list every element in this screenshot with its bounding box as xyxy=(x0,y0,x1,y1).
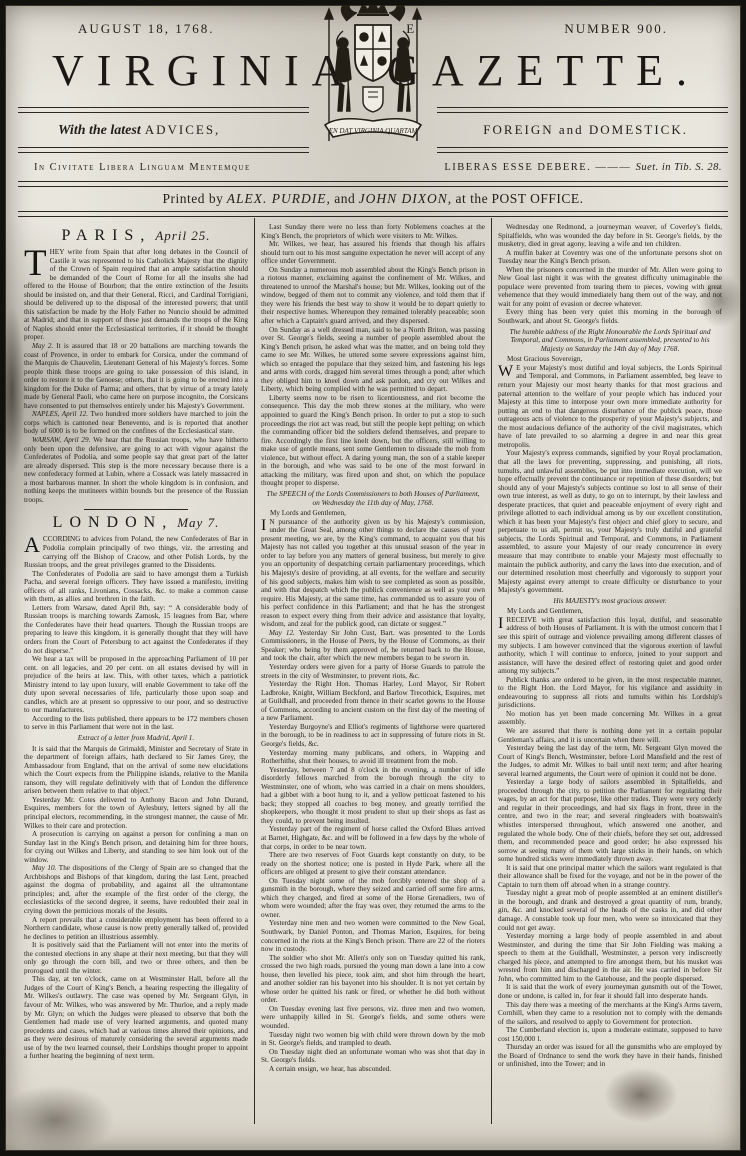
salutation: My Lords and Gentlemen, xyxy=(498,607,722,616)
news-paragraph: Yesterday Mr. Cotes delivered to Anthony… xyxy=(24,796,248,830)
news-paragraph: There are two reserves of Foot Guards ke… xyxy=(261,851,485,877)
paragraph-text: HEY write from Spain that after long deb… xyxy=(24,248,248,341)
news-paragraph-dropcap: IN pursuance of the authority given us b… xyxy=(261,518,485,629)
paragraph-text: RECEIVE with great satisfaction this loy… xyxy=(498,616,722,675)
news-paragraph: A muffin baker at Coventry was one of th… xyxy=(498,249,722,266)
double-rule xyxy=(18,211,728,217)
news-paragraph: Yesterday Burgoyne's and Elliot's regime… xyxy=(261,723,485,749)
news-paragraph: Wednesday one Redmond, a journeyman weav… xyxy=(498,223,722,249)
news-paragraph: Yesterday orders were given for a party … xyxy=(261,663,485,680)
column-3: Wednesday one Redmond, a journeyman weav… xyxy=(491,218,728,1124)
news-paragraph: This day there was a meeting of the merc… xyxy=(498,1001,722,1027)
news-paragraph: Yesterday morning a large body of people… xyxy=(498,932,722,983)
paragraph-text: Yesterday Sir John Cust, Bart. was prese… xyxy=(261,629,485,663)
motto-left: In Civitate Libera Linguam Mentemque xyxy=(34,162,251,173)
news-paragraph: Thursday an order was issued for all the… xyxy=(498,1043,722,1069)
news-paragraph: Tuesday night two women big with child w… xyxy=(261,1031,485,1048)
dateline-date: May 7. xyxy=(177,515,219,530)
news-paragraph: Your Majesty's express commands, signifi… xyxy=(498,449,722,594)
news-paragraph: The Cumberland election is, upon a moder… xyxy=(498,1026,722,1043)
news-paragraph: May 12. Yesterday Sir John Cust, Bart. w… xyxy=(261,629,485,663)
imprint-line: Printed by ALEX. PURDIE, and JOHN DIXON,… xyxy=(18,187,728,211)
news-columns: PARIS, April 25.THEY write from Spain th… xyxy=(18,218,728,1124)
coat-of-arms: EN DAT VIRGINIA QUARTAM xyxy=(307,5,439,183)
news-paragraph: It is said that one principal matter whi… xyxy=(498,864,722,890)
column-1: PARIS, April 25.THEY write from Spain th… xyxy=(18,218,254,1124)
news-paragraph: Tuesday night a great mob of people asse… xyxy=(498,889,722,932)
paragraph-text: N pursuance of the authority given us by… xyxy=(261,518,485,629)
news-paragraph: Yesterday, between 7 and 8 o'clock in th… xyxy=(261,766,485,826)
news-paragraph: Yesterday the Right Hon. Thomas Harley, … xyxy=(261,680,485,723)
column-2: Last Sunday there were no less than fort… xyxy=(254,218,491,1124)
printer-name-purdie: ALEX. PURDIE, xyxy=(227,191,331,206)
imprint-and: and xyxy=(334,191,355,206)
drop-cap: T xyxy=(24,248,50,279)
advices-script: With the latest xyxy=(58,123,141,138)
news-paragraph: Yesterday a large body of sailors assemb… xyxy=(498,778,722,863)
newspaper-page: EN DAT VIRGINIA QUARTAM AUGUST 18, 1768.… xyxy=(5,5,741,1151)
news-paragraph: On Tuesday night some of the mob forcibl… xyxy=(261,877,485,920)
italic-heading: The humble address of the Right Honourab… xyxy=(502,328,718,354)
paragraph-text: The dispositions of the Clergy of Spain … xyxy=(24,864,248,915)
paragraph-lead: NAPLES, April 12. xyxy=(32,410,88,418)
paragraph-text: It is assured that 18 or 20 battalions a… xyxy=(24,342,248,410)
dateline-date: April 25. xyxy=(155,228,210,243)
dateline-place: PARIS, xyxy=(61,227,151,244)
news-paragraph: This day, at ten o'clock, came on at Wes… xyxy=(24,975,248,1060)
news-paragraph: May 10. The dispositions of the Clergy o… xyxy=(24,864,248,915)
news-paragraph: A report prevails that a considerable em… xyxy=(24,916,248,942)
news-paragraph: Publick thanks are ordered to be given, … xyxy=(498,676,722,710)
news-paragraph: WARSAW, April 29. We hear that the Russi… xyxy=(24,436,248,504)
section-dateline: LONDON, May 7. xyxy=(24,514,248,532)
news-paragraph: Yesterday morning many publicans, and ot… xyxy=(261,749,485,766)
news-paragraph: We are assured that there is nothing don… xyxy=(498,727,722,744)
paragraph-text: E your Majesty's most dutiful and loyal … xyxy=(498,364,722,449)
motto-right: LIBERAS ESSE DEBERE. ——— xyxy=(444,162,631,173)
paragraph-lead: May 12. xyxy=(269,629,295,637)
news-paragraph: We hear a tax will be proposed in the ap… xyxy=(24,655,248,715)
motto-citation: Suet. in Tib. S. 28. xyxy=(636,162,722,173)
news-paragraph: It is positively said that the Parliamen… xyxy=(24,941,248,975)
paragraph-text: CCORDING to advices from Poland, the new… xyxy=(24,535,248,569)
imprint-office: POST OFFICE. xyxy=(491,191,583,206)
foreign-domestick: FOREIGN and DOMESTICK. xyxy=(483,122,688,138)
paragraph-lead: May 10. xyxy=(32,864,56,872)
news-paragraph: No motion has yet been made concerning M… xyxy=(498,710,722,727)
news-paragraph: Liberty seems now to be risen to licenti… xyxy=(261,394,485,488)
news-paragraph: Yesterday nine men and two women were co… xyxy=(261,919,485,953)
news-paragraph: On Sunday as a well dressed man, said to… xyxy=(261,326,485,394)
imprint-prefix: Printed by xyxy=(162,191,223,206)
paragraph-text: We hear that the Russian troops, who hav… xyxy=(24,436,248,504)
crest-motto: EN DAT VIRGINIA QUARTAM xyxy=(328,127,419,135)
advices-caps: ADVICES, xyxy=(145,122,221,137)
news-paragraph: When the prisoners concerned in the murd… xyxy=(498,266,722,309)
news-paragraph: On Sunday a numerous mob assembled about… xyxy=(261,266,485,326)
news-paragraph: A certain ensign, we hear, has absconded… xyxy=(261,1065,485,1074)
news-paragraph-dropcap: THEY write from Spain that after long de… xyxy=(24,248,248,342)
news-paragraph: NAPLES, April 12. Two hundred more soldi… xyxy=(24,410,248,436)
news-paragraph: The Confederates of Podolia are said to … xyxy=(24,570,248,604)
italic-heading: Extract of a letter from Madrid, April 1… xyxy=(28,734,244,743)
news-paragraph-dropcap: ACCORDING to advices from Poland, the ne… xyxy=(24,535,248,569)
section-divider-rule xyxy=(84,509,187,510)
imprint-at: at the xyxy=(455,191,488,206)
news-paragraph: Letters from Warsaw, dated April 8th, sa… xyxy=(24,604,248,655)
news-paragraph: According to the lists published, there … xyxy=(24,715,248,732)
news-paragraph: Yesterday part of the regiment of horse … xyxy=(261,825,485,851)
section-dateline: PARIS, April 25. xyxy=(24,227,248,245)
news-paragraph-dropcap: WE your Majesty's most dutiful and loyal… xyxy=(498,364,722,449)
news-paragraph: Yesterday being the last day of the term… xyxy=(498,744,722,778)
issue-number: NUMBER 900. xyxy=(564,21,668,37)
italic-heading: His MAJESTY's most gracious answer. xyxy=(502,597,718,606)
drop-cap: A xyxy=(24,535,43,554)
news-paragraph: It is said that the work of every journe… xyxy=(498,983,722,1000)
issue-date: AUGUST 18, 1768. xyxy=(78,21,215,37)
salutation: Most Gracious Sovereign, xyxy=(498,355,722,364)
news-paragraph: It is said that the Marquis de Grimaldi,… xyxy=(24,745,248,796)
news-paragraph: On Tuesday night died an unfortunate wom… xyxy=(261,1048,485,1065)
salutation: My Lords and Gentlemen, xyxy=(261,509,485,518)
news-paragraph: A prosecution is carrying on against a p… xyxy=(24,830,248,864)
printer-name-dixon: JOHN DIXON, xyxy=(359,191,453,206)
paragraph-lead: WARSAW, April 29. xyxy=(32,436,90,444)
italic-heading: The SPEECH of the Lords Commissioners to… xyxy=(265,490,481,507)
news-paragraph: On Tuesday evening last five persons, vi… xyxy=(261,1005,485,1031)
drop-cap: W xyxy=(498,364,516,378)
news-paragraph: Mr. Wilkes, we hear, has assured his fri… xyxy=(261,240,485,266)
dateline-place: LONDON, xyxy=(53,514,174,531)
paragraph-lead: May 2. xyxy=(32,342,53,350)
news-paragraph: May 2. It is assured that 18 or 20 batta… xyxy=(24,342,248,410)
news-paragraph: The soldier who shot Mr. Allen's only so… xyxy=(261,954,485,1005)
news-paragraph-dropcap: I RECEIVE with great satisfaction this l… xyxy=(498,616,722,676)
news-paragraph: Every thing has been very quiet this mor… xyxy=(498,308,722,325)
news-paragraph: Last Sunday there were no less than fort… xyxy=(261,223,485,240)
